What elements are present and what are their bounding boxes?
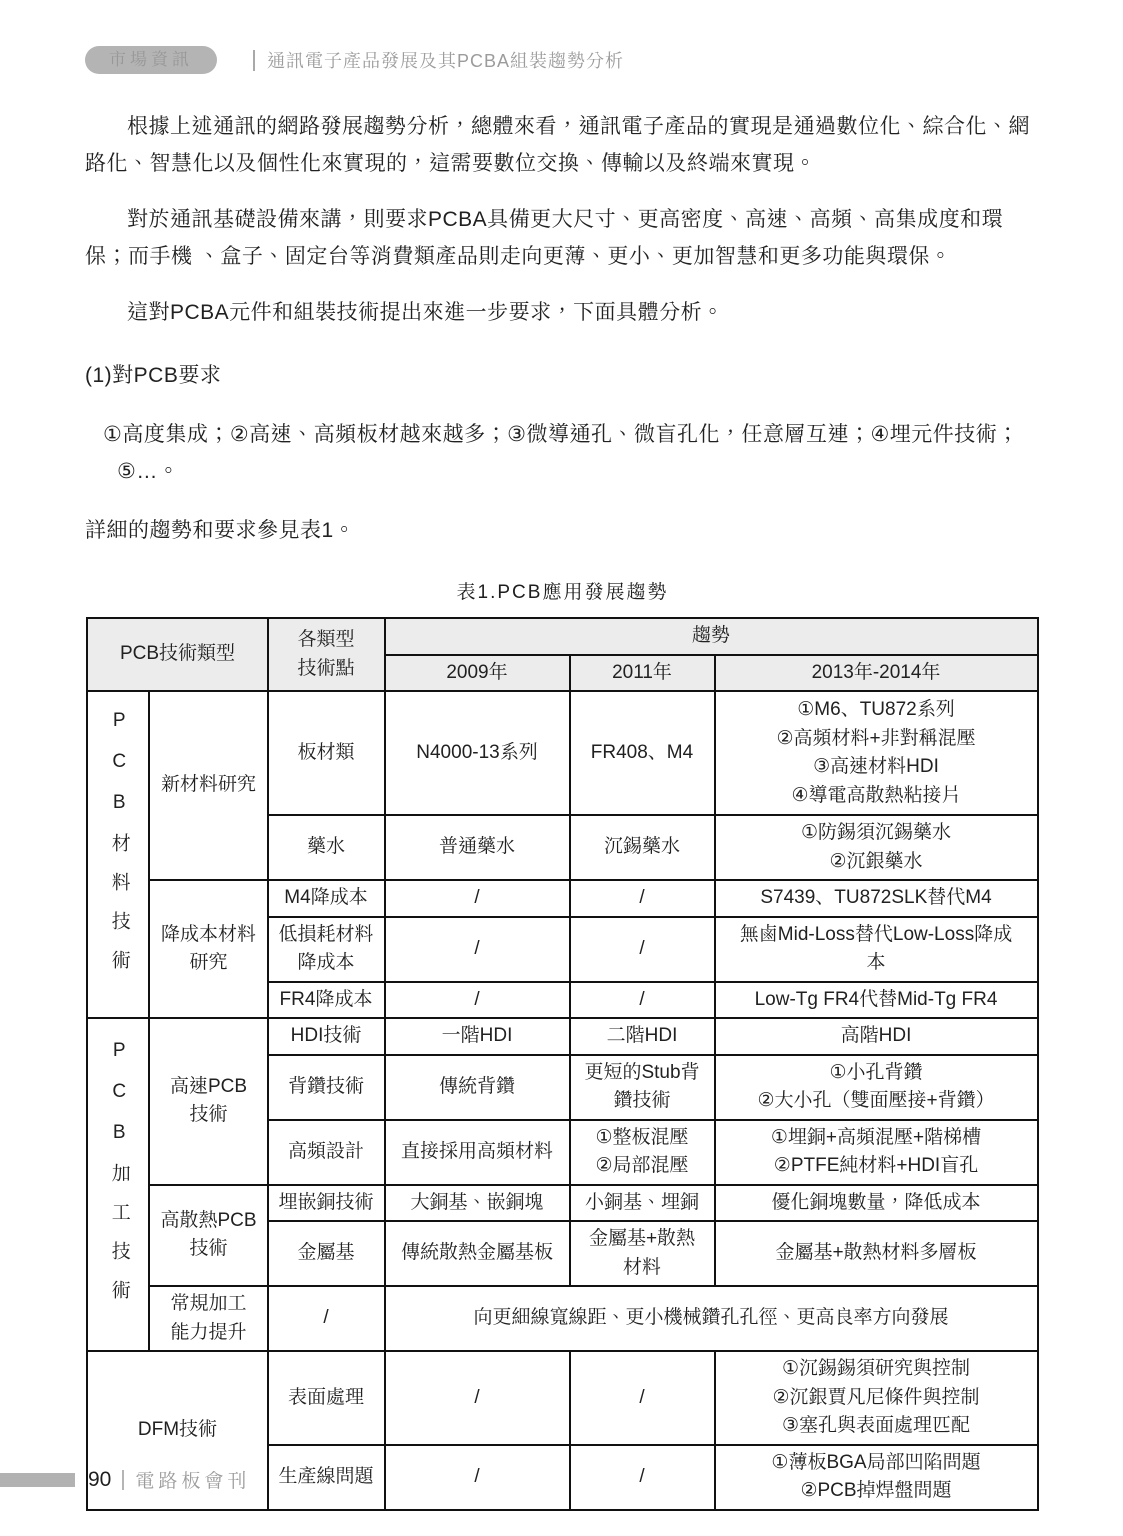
cell-backdrill-2009: 傳統背鑽: [385, 1055, 570, 1120]
cell-backdrill-point: 背鑽技術: [268, 1055, 385, 1120]
group-cell-heat: 高散熱PCB 技術: [149, 1185, 267, 1287]
cell-surface-point: 表面處理: [268, 1351, 385, 1445]
cell-production-2009: /: [385, 1445, 570, 1510]
cell-metalbase-2011: 金屬基+散熱 材料: [570, 1221, 715, 1286]
cell-lowloss-2013: 無鹵Mid-Loss替代Low-Loss降成 本: [715, 917, 1038, 982]
article-title: 通訊電子產品發展及其PCBA組裝趨勢分析: [267, 47, 624, 73]
group-cell-high-speed: 高速PCB 技術: [149, 1018, 267, 1185]
cell-fr4-2011: /: [570, 982, 715, 1019]
cell-m4-point: M4降成本: [268, 880, 385, 917]
article-body: 根據上述通訊的網路發展趨勢分析，總體來看，通訊電子產品的實現是通過數位化、綜合化…: [85, 108, 1040, 549]
group-cell-routine: 常規加工 能力提升: [149, 1286, 267, 1351]
cell-surface-2013: ①沉錫錫須研究與控制 ②沉銀賈凡尼條件與控制 ③塞孔與表面處理匹配: [715, 1351, 1038, 1445]
category-cell-material: PCB材料技術: [87, 691, 149, 1018]
section-badge: 市場資訊: [85, 46, 217, 74]
header-cell-year: 2009年: [385, 655, 570, 692]
running-footer: 90 電路板會刊: [0, 1466, 250, 1493]
journal-name: 電路板會刊: [135, 1466, 250, 1493]
footer-bar: [0, 1473, 75, 1487]
cell-hdi-2013: 高階HDI: [715, 1018, 1038, 1055]
table-row: 常規加工 能力提升 / 向更細線寬線距、更小機械鑽孔孔徑、更高良率方向發展: [87, 1286, 1037, 1351]
cell-metalbase-point: 金屬基: [268, 1221, 385, 1286]
cell-embeddedcu-2013: 優化銅塊數量，降低成本: [715, 1185, 1038, 1222]
cell-m4-2013: S7439、TU872SLK替代M4: [715, 880, 1038, 917]
group-cell-cost-down: 降成本材料 研究: [149, 880, 267, 1018]
cell-metalbase-2009: 傳統散熱金屬基板: [385, 1221, 570, 1286]
cell-hfdesign-2009: 直接採用高頻材料: [385, 1120, 570, 1185]
cell-hfdesign-point: 高頻設計: [268, 1120, 385, 1185]
cell-chemical-2011: 沉錫藥水: [570, 815, 715, 880]
group-cell-new-material: 新材料研究: [149, 691, 267, 880]
section-heading: (1)對PCB要求: [85, 357, 1040, 394]
document-page: 市場資訊 通訊電子產品發展及其PCBA組裝趨勢分析 根據上述通訊的網路發展趨勢分…: [0, 0, 1123, 1536]
cell-routine-point: /: [268, 1286, 385, 1351]
category-label: PCB材料技術: [104, 710, 133, 989]
table-header-row: PCB技術類型 各類型 技術點 趨勢: [87, 618, 1037, 655]
cell-board-2013: ①M6、TU872系列 ②高頻材料+非對稱混壓 ③高速材料HDI ④導電高散熱粘…: [715, 691, 1038, 815]
pcb-trends-table: PCB技術類型 各類型 技術點 趨勢 2009年 2011年 2013年-201…: [86, 617, 1038, 1511]
numbered-list: ①高度集成；②高速、高頻板材越來越多；③微導通孔、微盲孔化，任意層互連；④埋元件…: [85, 416, 1040, 490]
table-row: PCB加工技術 高速PCB 技術 HDI技術 一階HDI 二階HDI 高階HDI: [87, 1018, 1037, 1055]
cell-hdi-2009: 一階HDI: [385, 1018, 570, 1055]
category-label: PCB加工技術: [104, 1040, 133, 1319]
cell-embeddedcu-2009: 大銅基、嵌銅塊: [385, 1185, 570, 1222]
page-number: 90: [88, 1468, 111, 1492]
cell-m4-2009: /: [385, 880, 570, 917]
cell-hdi-point: HDI技術: [268, 1018, 385, 1055]
cell-chemical-2013: ①防錫須沉錫藥水 ②沉銀藥水: [715, 815, 1038, 880]
cell-backdrill-2013: ①小孔背鑽 ②大小孔（雙面壓接+背鑽）: [715, 1055, 1038, 1120]
cell-surface-2011: /: [570, 1351, 715, 1445]
table-row: DFM技術 表面處理 / / ①沉錫錫須研究與控制 ②沉銀賈凡尼條件與控制 ③塞…: [87, 1351, 1037, 1445]
cell-embeddedcu-point: 埋嵌銅技術: [268, 1185, 385, 1222]
table-row: PCB材料技術 新材料研究 板材類 N4000-13系列 FR408、M4 ①M…: [87, 691, 1037, 815]
running-header: 市場資訊 通訊電子產品發展及其PCBA組裝趨勢分析: [85, 0, 1040, 74]
cell-lowloss-point: 低損耗材料 降成本: [268, 917, 385, 982]
header-cell-type: PCB技術類型: [87, 618, 267, 691]
cell-surface-2009: /: [385, 1351, 570, 1445]
cell-board-2009: N4000-13系列: [385, 691, 570, 815]
cell-production-2011: /: [570, 1445, 715, 1510]
see-table-note: 詳細的趨勢和要求參見表1。: [85, 512, 1040, 549]
cell-production-2013: ①薄板BGA局部凹陷問題 ②PCB掉焊盤問題: [715, 1445, 1038, 1510]
cell-hfdesign-2011: ①整板混壓 ②局部混壓: [570, 1120, 715, 1185]
cell-m4-2011: /: [570, 880, 715, 917]
cell-embeddedcu-2011: 小銅基、埋銅: [570, 1185, 715, 1222]
header-cell-year: 2013年-2014年: [715, 655, 1038, 692]
cell-lowloss-2011: /: [570, 917, 715, 982]
cell-chemical-point: 藥水: [268, 815, 385, 880]
cell-metalbase-2013: 金屬基+散熱材料多層板: [715, 1221, 1038, 1286]
cell-board-point: 板材類: [268, 691, 385, 815]
cell-fr4-2013: Low-Tg FR4代替Mid-Tg FR4: [715, 982, 1038, 1019]
cell-board-2011: FR408、M4: [570, 691, 715, 815]
footer-divider: [122, 1470, 124, 1490]
paragraph: 根據上述通訊的網路發展趨勢分析，總體來看，通訊電子產品的實現是通過數位化、綜合化…: [85, 108, 1040, 182]
cell-hfdesign-2013: ①埋銅+高頻混壓+階梯槽 ②PTFE純材料+HDI盲孔: [715, 1120, 1038, 1185]
paragraph: 這對PCBA元件和組裝技術提出來進一步要求，下面具體分析。: [85, 294, 1040, 331]
table-row: 降成本材料 研究 M4降成本 / / S7439、TU872SLK替代M4: [87, 880, 1037, 917]
cell-routine-trend: 向更細線寬線距、更小機械鑽孔孔徑、更高良率方向發展: [385, 1286, 1038, 1351]
category-cell-process: PCB加工技術: [87, 1018, 149, 1351]
table-row: 高散熱PCB 技術 埋嵌銅技術 大銅基、嵌銅塊 小銅基、埋銅 優化銅塊數量，降低…: [87, 1185, 1037, 1222]
cell-chemical-2009: 普通藥水: [385, 815, 570, 880]
cell-production-point: 生產線問題: [268, 1445, 385, 1510]
header-cell-year: 2011年: [570, 655, 715, 692]
table-title: 表1.PCB應用發展趨勢: [85, 577, 1040, 604]
header-cell-trend: 趨勢: [385, 618, 1038, 655]
paragraph: 對於通訊基礎設備來講，則要求PCBA具備更大尺寸、更高密度、高速、高頻、高集成度…: [85, 201, 1040, 275]
cell-backdrill-2011: 更短的Stub背 鑽技術: [570, 1055, 715, 1120]
cell-fr4-point: FR4降成本: [268, 982, 385, 1019]
cell-hdi-2011: 二階HDI: [570, 1018, 715, 1055]
header-cell-point: 各類型 技術點: [268, 618, 385, 691]
cell-fr4-2009: /: [385, 982, 570, 1019]
cell-lowloss-2009: /: [385, 917, 570, 982]
header-divider: [253, 50, 255, 71]
